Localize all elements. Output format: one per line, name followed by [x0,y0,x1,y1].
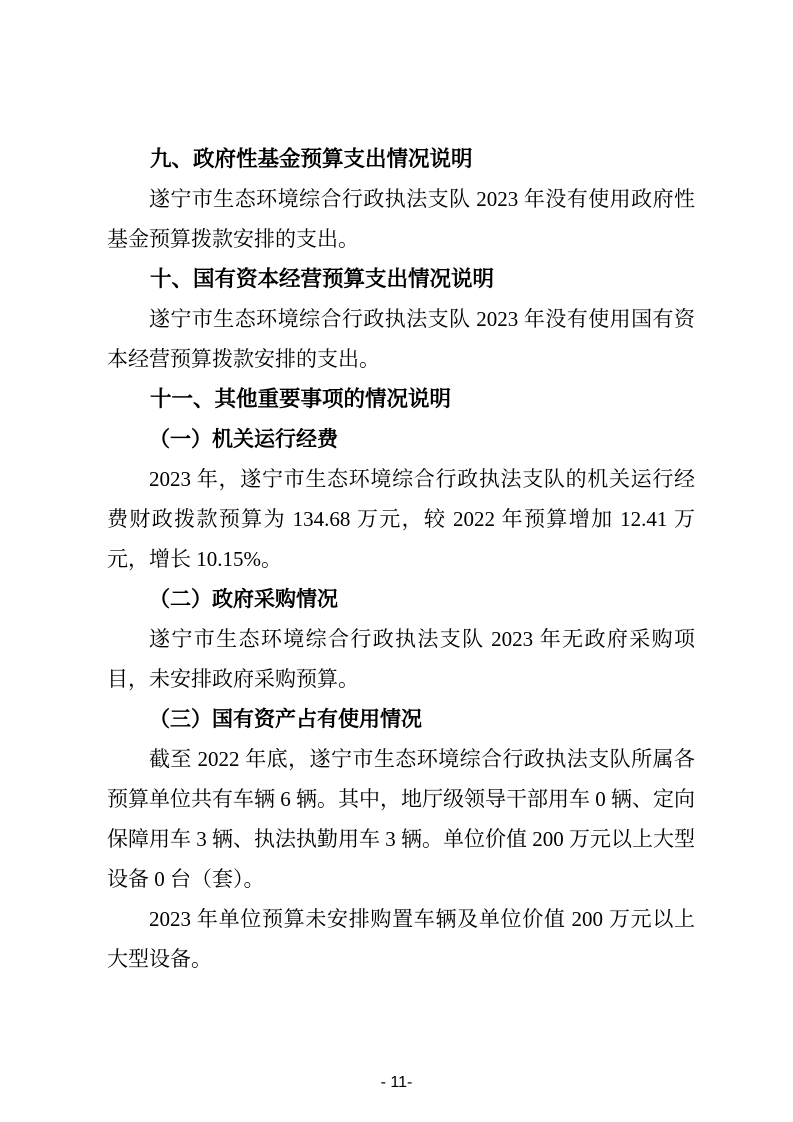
item-2-paragraph: 遂宁市生态环境综合行政执法支队 2023 年无政府采购项目，未安排政府采购预算。 [107,619,695,699]
section-10-paragraph: 遂宁市生态环境综合行政执法支队 2023 年没有使用国有资本经营预算拨款安排的支… [107,299,695,379]
section-9-paragraph: 遂宁市生态环境综合行政执法支队 2023 年没有使用政府性基金预算拨款安排的支出… [107,179,695,259]
item-1-paragraph: 2023 年，遂宁市生态环境综合行政执法支队的机关运行经费财政拨款预算为 134… [107,459,695,579]
page-number: - 11- [0,1072,793,1094]
item-3-paragraph-2: 2023 年单位预算未安排购置车辆及单位价值 200 万元以上大型设备。 [107,899,695,979]
document-page: 九、政府性基金预算支出情况说明 遂宁市生态环境综合行政执法支队 2023 年没有… [0,0,793,1122]
item-1-subheading: （一）机关运行经费 [107,419,695,459]
section-9-heading: 九、政府性基金预算支出情况说明 [107,139,695,179]
section-10-heading: 十、国有资本经营预算支出情况说明 [107,259,695,299]
item-3-subheading: （三）国有资产占有使用情况 [107,699,695,739]
item-2-subheading: （二）政府采购情况 [107,579,695,619]
document-content: 九、政府性基金预算支出情况说明 遂宁市生态环境综合行政执法支队 2023 年没有… [107,139,695,979]
item-3-paragraph-1: 截至 2022 年底，遂宁市生态环境综合行政执法支队所属各预算单位共有车辆 6 … [107,739,695,899]
section-11-heading: 十一、其他重要事项的情况说明 [107,379,695,419]
